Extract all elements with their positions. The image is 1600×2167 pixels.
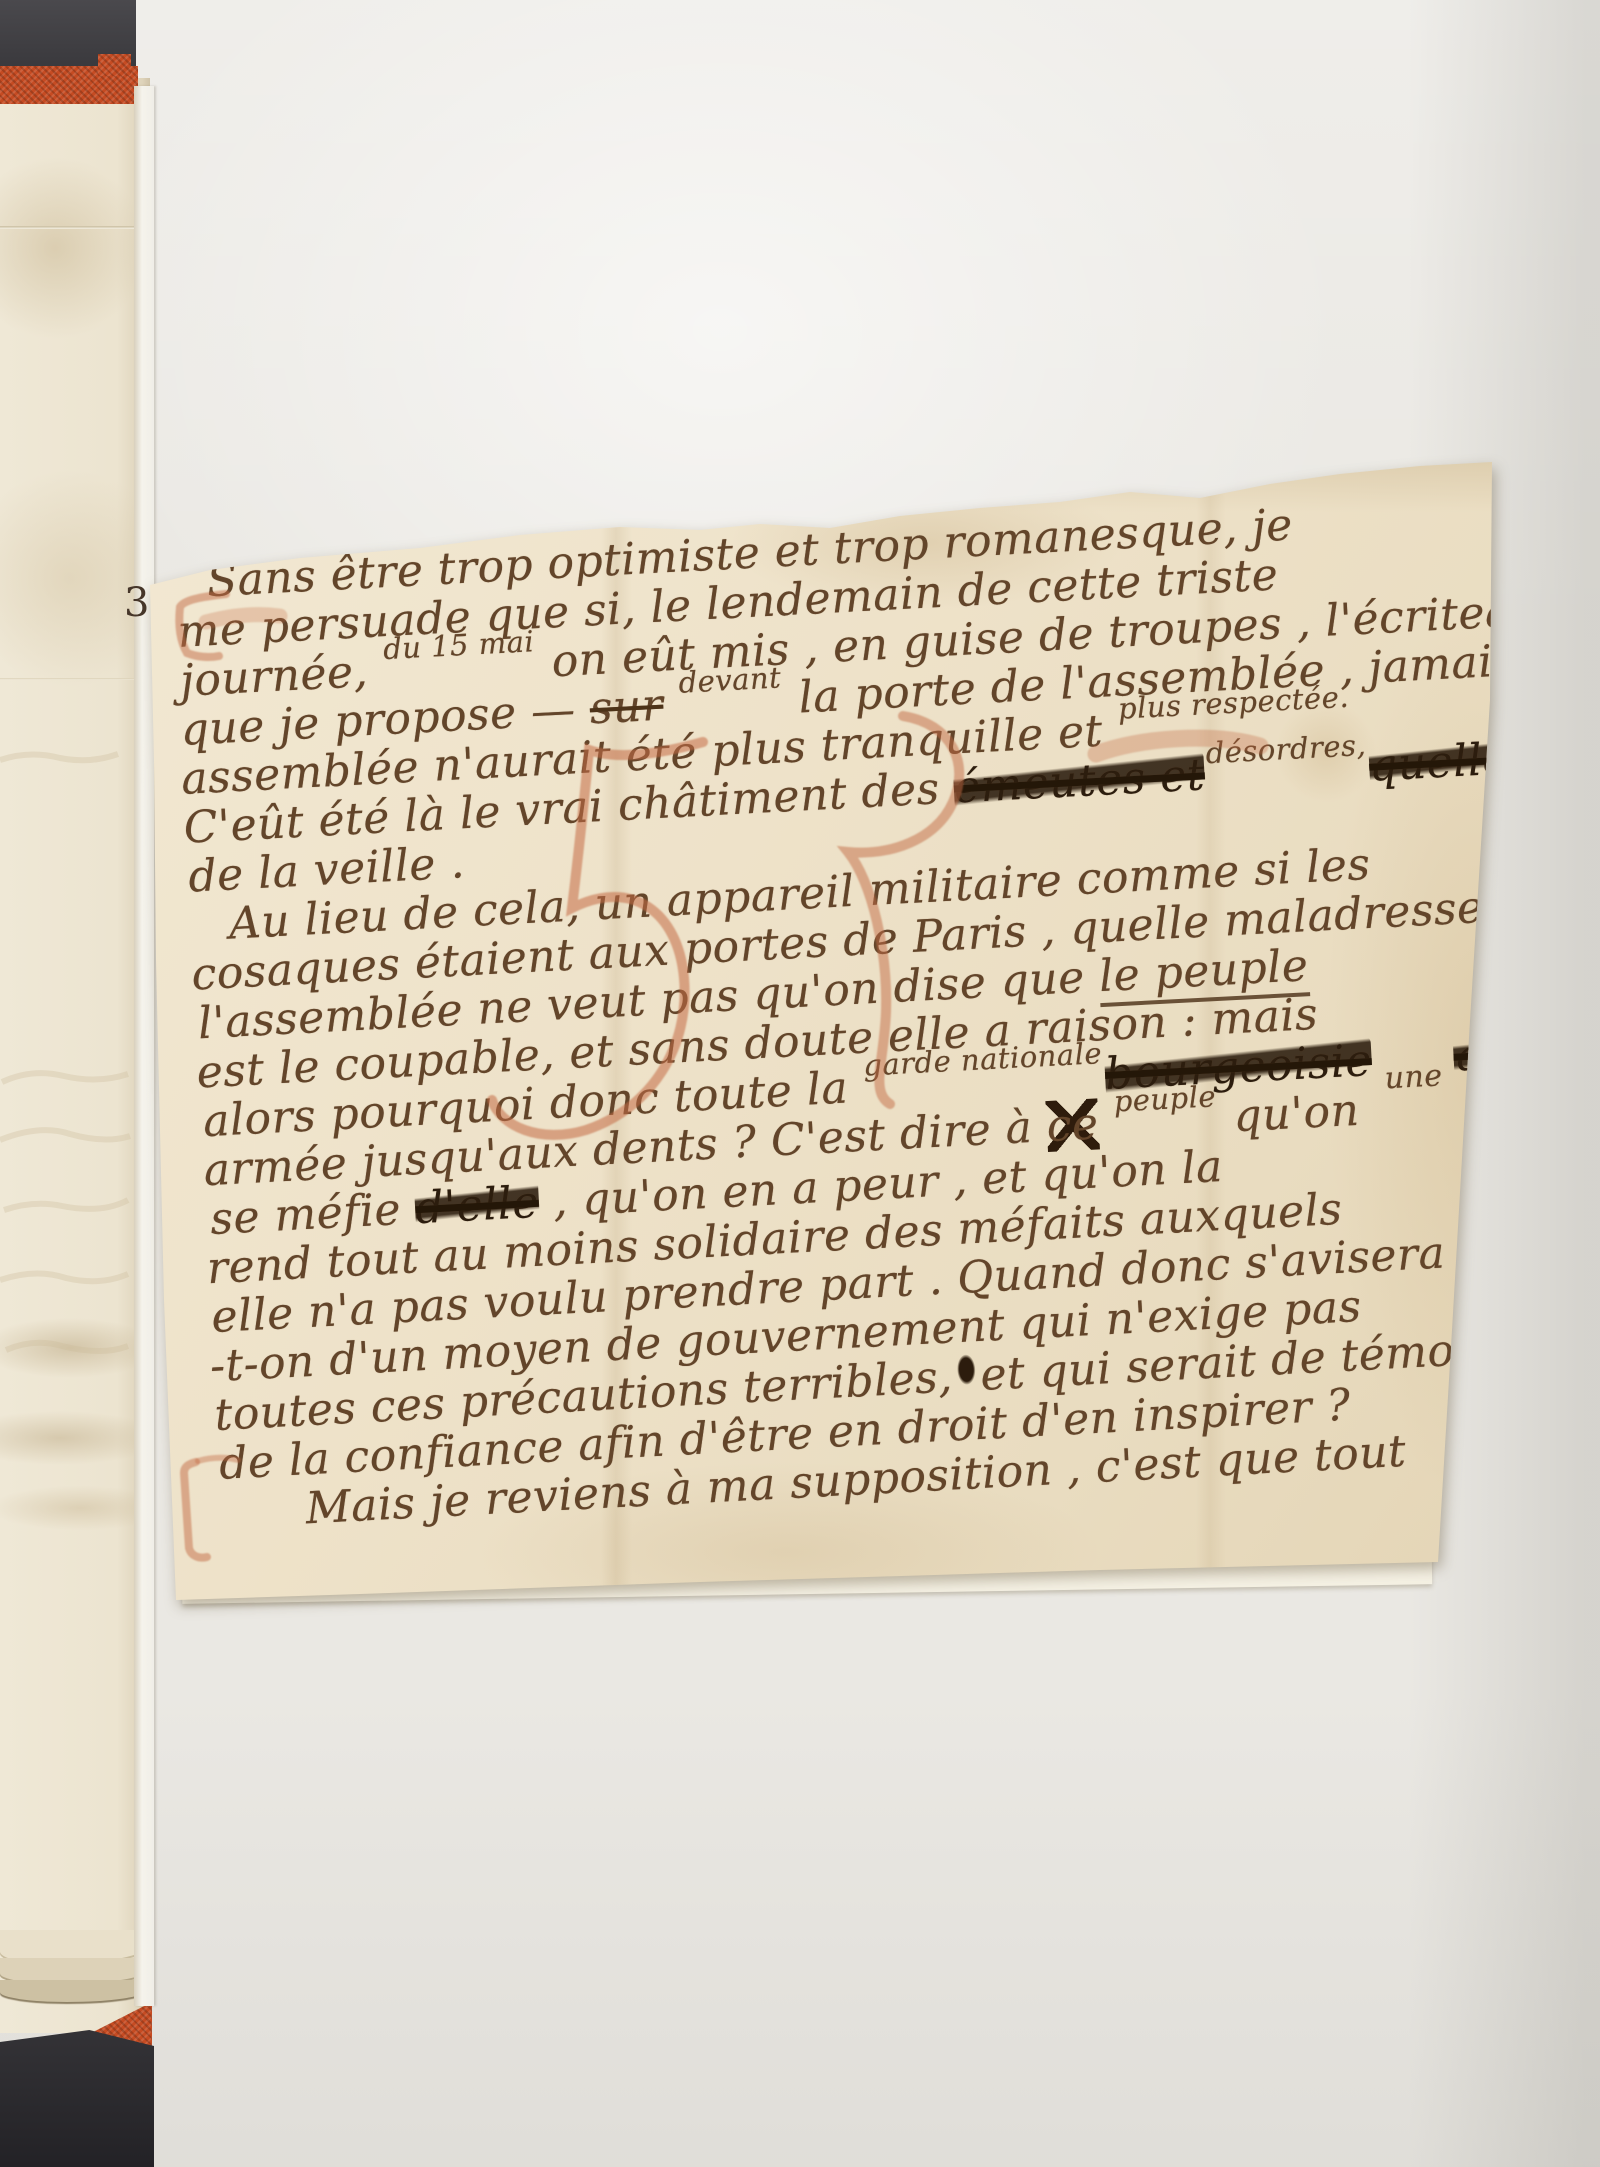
ink-blot [956,1354,976,1385]
ink-showthrough-marks [0,0,150,2030]
struck-text: ce [1045,1098,1099,1152]
manuscript-sheet: Sans être trop optimiste et trop romanes… [146,452,1502,1608]
interline-insertion-below: une [1374,1058,1454,1097]
manuscript-paper: Sans être trop optimiste et trop romanes… [146,452,1502,1608]
book-board-bottom [0,2026,154,2167]
handwriting-text: qu'on [1218,1085,1361,1143]
photographed-manuscript-scene: 3 Sans être trop optimiste et trop roman… [0,0,1600,2167]
interline-insertion: devant [678,660,782,699]
interline-insertion: peuple [1113,1079,1217,1118]
handwriting-layer: Sans être trop optimiste et trop romanes… [168,490,1552,1618]
handwriting-text [662,679,679,731]
struck-text: quelle [1368,733,1510,791]
struck-text: d'elle [414,1177,540,1234]
interline-insertion: du 15 mai [382,624,535,666]
interline-insertion: désordres, [1205,728,1367,770]
red-spine-cloth-tab [98,54,131,76]
struck-text: sur [589,680,665,735]
